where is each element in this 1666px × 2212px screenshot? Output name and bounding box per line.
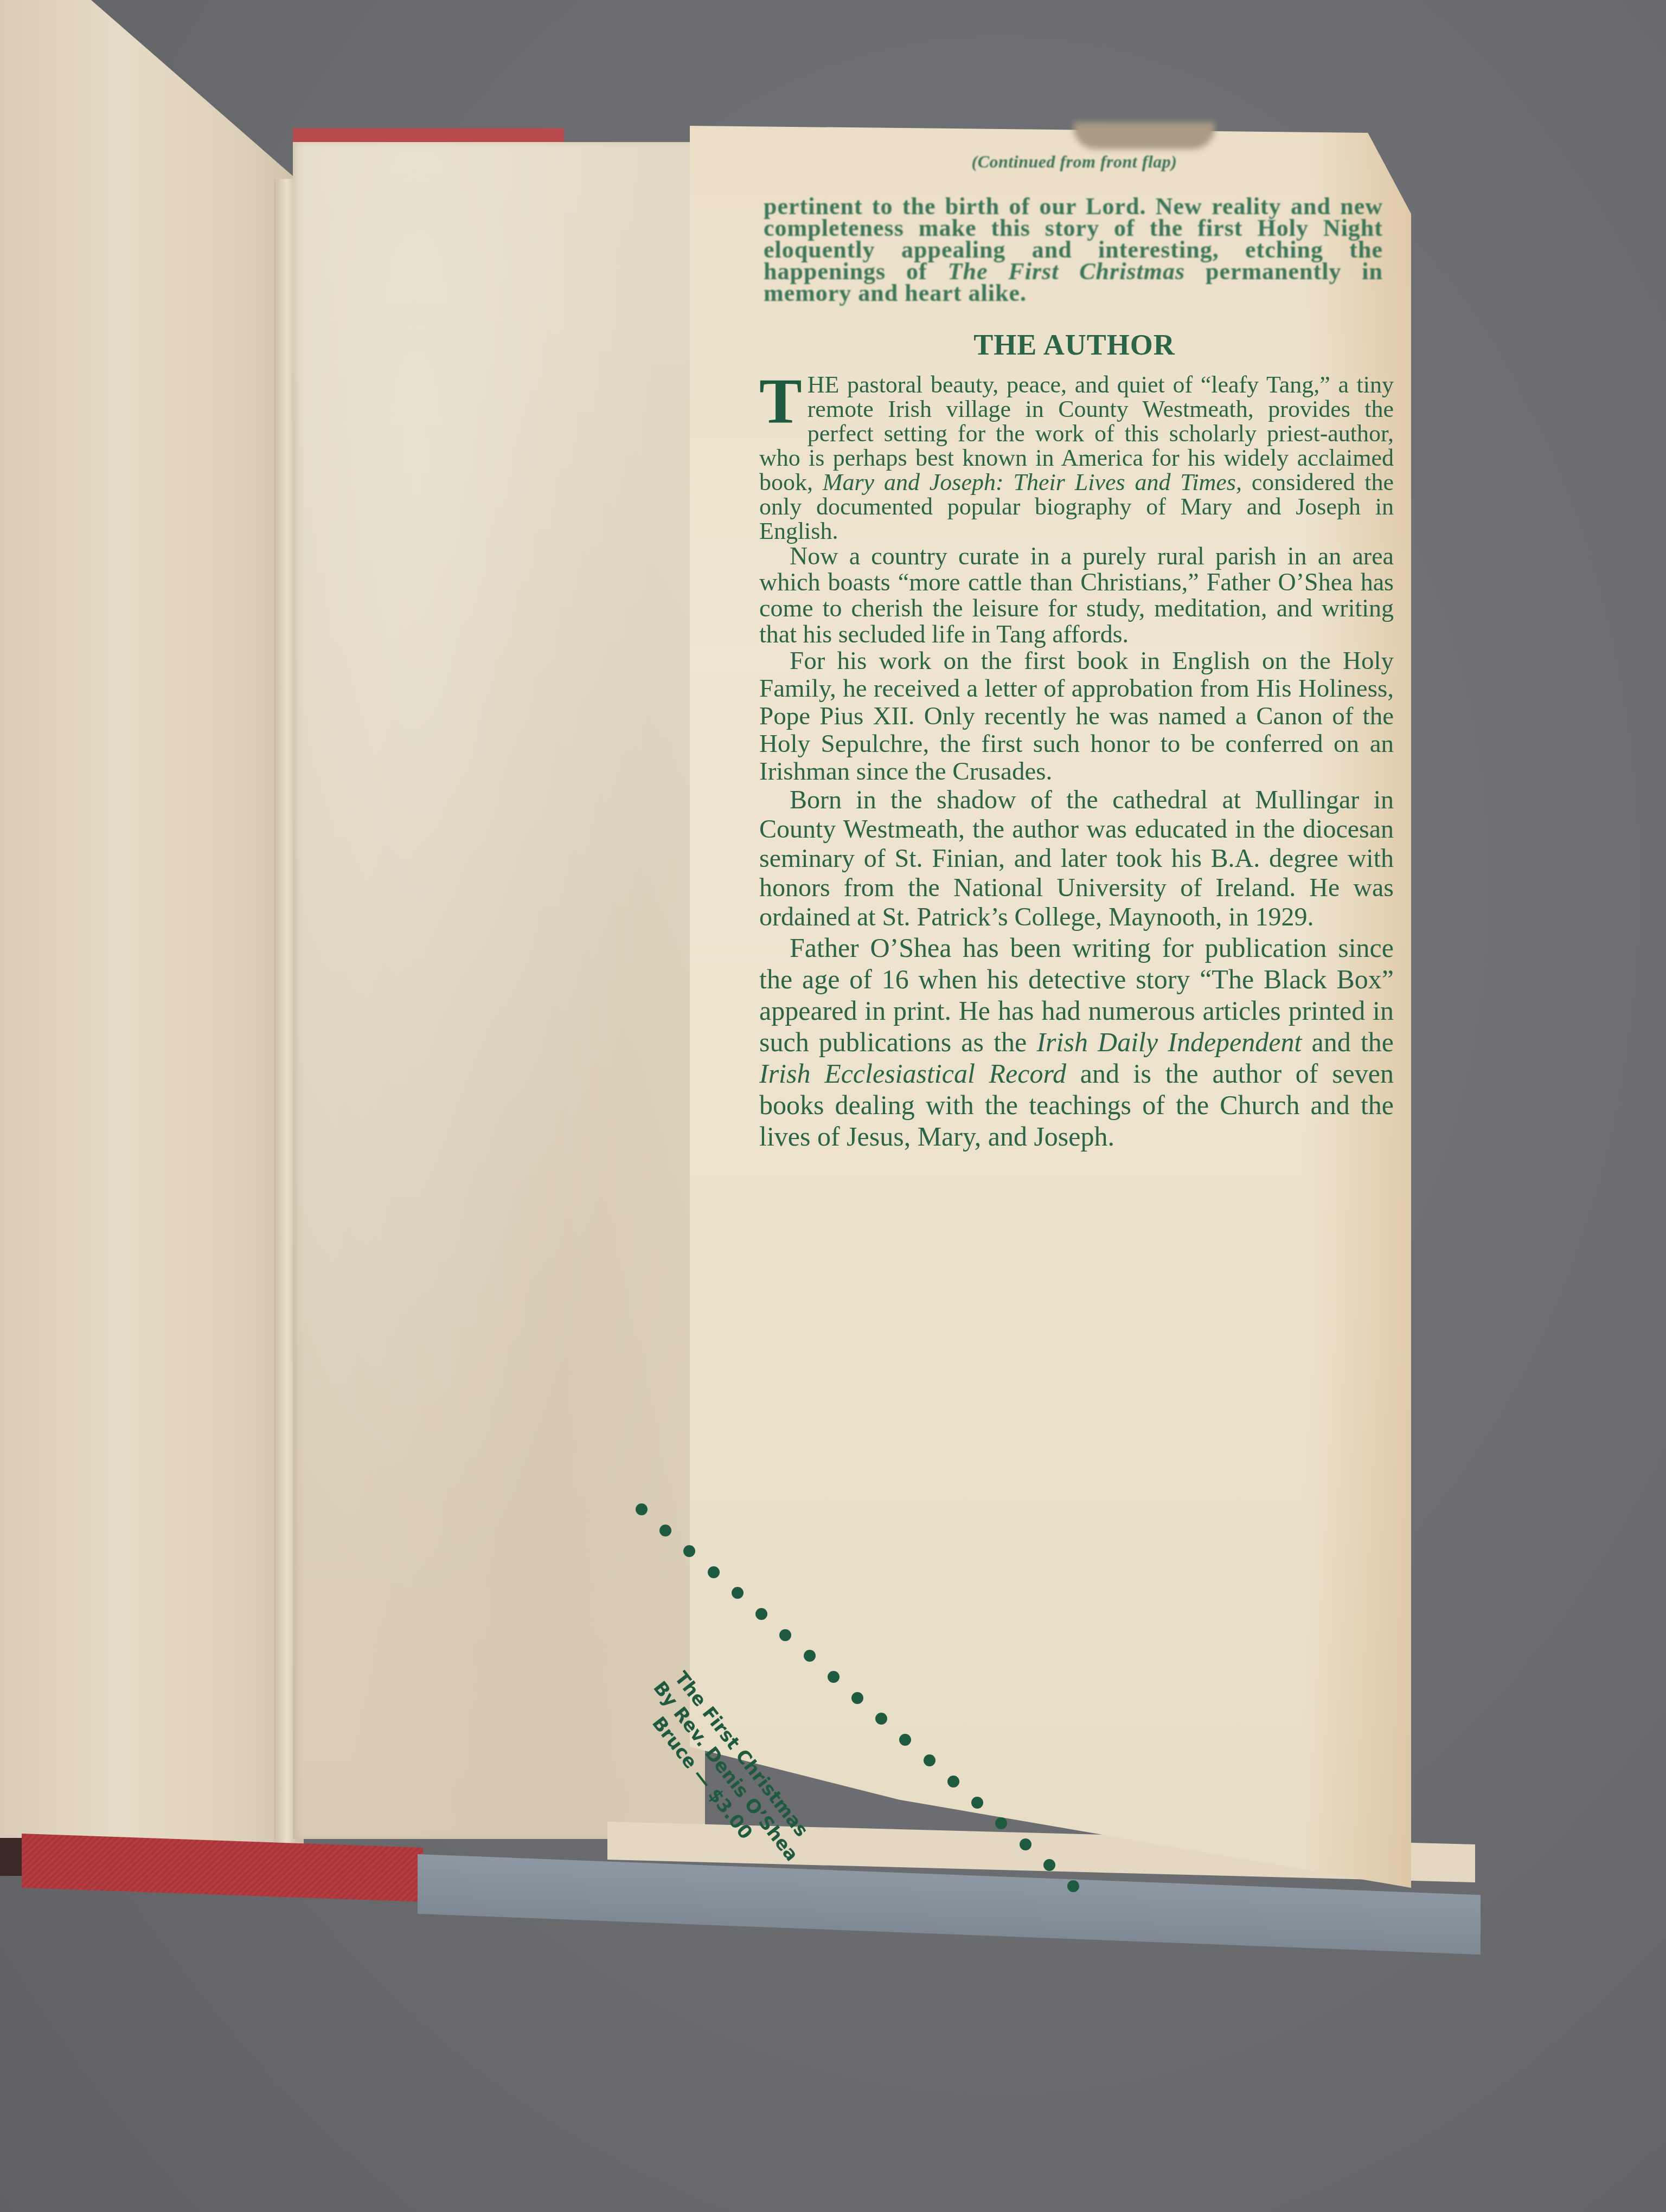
section-title: THE AUTHOR xyxy=(755,328,1394,362)
red-cloth-binding-bottom xyxy=(22,1834,423,1902)
lead-caps: HE xyxy=(808,371,840,398)
book-photo: (Continued from front flap) pertinent to… xyxy=(0,0,1666,2212)
bio-paragraph-2: Now a country curate in a purely rural p… xyxy=(759,543,1394,647)
dot-ornament xyxy=(828,1671,840,1683)
dot-ornament xyxy=(947,1776,959,1787)
bio-paragraph-4: Born in the shadow of the cathedral at M… xyxy=(759,786,1394,932)
p5-italic-2: Irish Ecclesiastical Record xyxy=(759,1058,1066,1089)
dot-ornament xyxy=(851,1692,863,1704)
page-edge xyxy=(274,179,296,1849)
author-bio: THE pastoral beauty, peace, and quiet of… xyxy=(755,372,1394,1152)
bio-paragraph-5: Father O’Shea has been writing for publi… xyxy=(759,932,1394,1152)
dot-ornament xyxy=(899,1734,911,1746)
dot-ornament xyxy=(659,1525,671,1536)
flap-text-column: (Continued from front flap) pertinent to… xyxy=(755,142,1394,1152)
dot-ornament xyxy=(1067,1880,1079,1892)
dot-ornament xyxy=(971,1797,983,1809)
p5-italic-1: Irish Daily Independent xyxy=(1036,1027,1302,1057)
dot-ornament xyxy=(995,1817,1007,1829)
dot-ornament xyxy=(804,1650,816,1662)
drop-cap: T xyxy=(759,377,802,427)
cloth-corner xyxy=(0,1838,24,1876)
left-book-page xyxy=(0,0,304,1854)
bio-paragraph-3: For his work on the first book in Englis… xyxy=(759,647,1394,786)
p5-text-2: and the xyxy=(1302,1027,1394,1057)
dot-ornament xyxy=(1020,1838,1031,1850)
dot-ornament xyxy=(636,1503,648,1515)
bio-paragraph-1: THE pastoral beauty, peace, and quiet of… xyxy=(759,372,1394,543)
dot-ornament xyxy=(779,1629,791,1641)
dot-ornament xyxy=(755,1608,767,1620)
dot-ornament xyxy=(708,1566,720,1578)
endpaper xyxy=(293,142,705,1839)
p1-italic-title: Mary and Joseph: Their Lives and Times, xyxy=(823,469,1242,496)
intro-paragraph: pertinent to the birth of our Lord. New … xyxy=(755,196,1394,304)
dot-ornament xyxy=(924,1754,935,1766)
dot-ornament xyxy=(1043,1859,1055,1871)
continued-label: (Continued from front flap) xyxy=(755,152,1394,172)
